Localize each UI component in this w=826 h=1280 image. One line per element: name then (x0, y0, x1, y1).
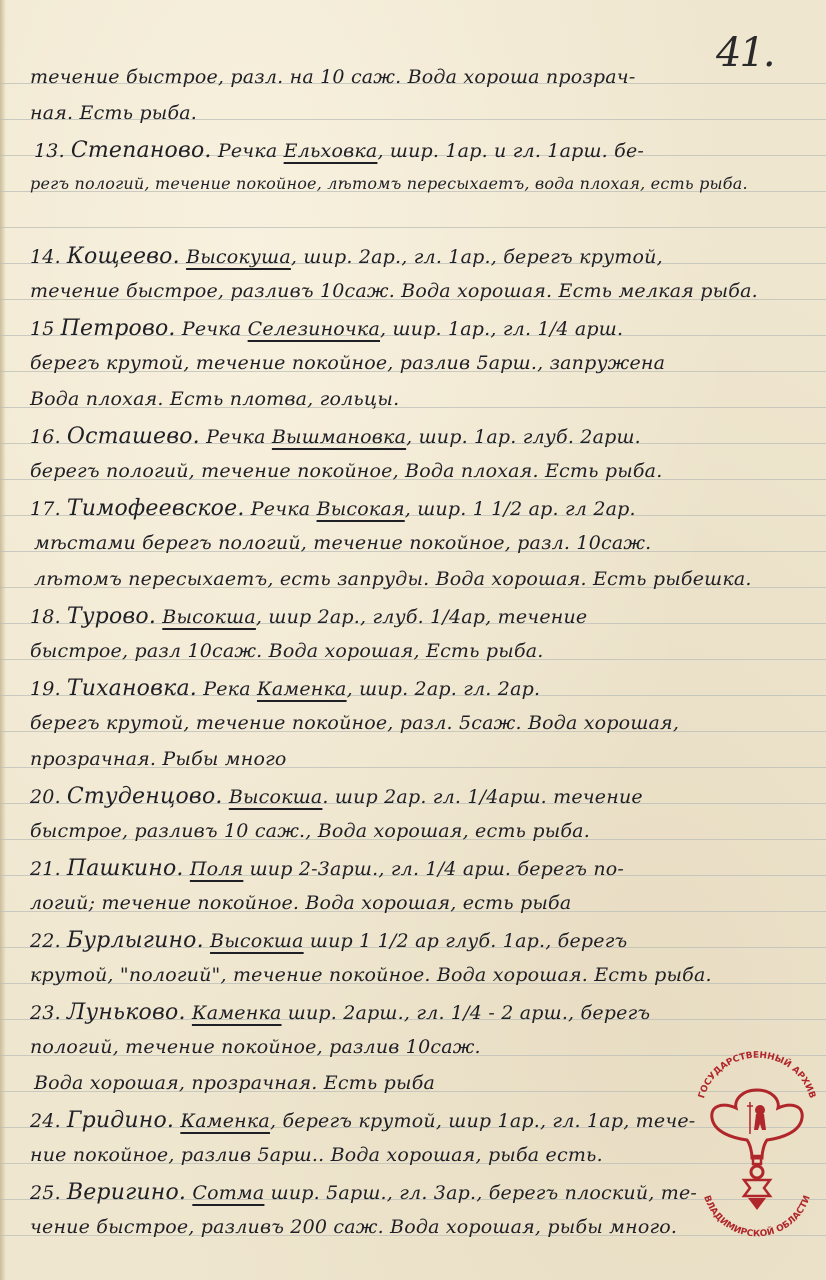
text-line: лѣтомъ пересыхаетъ, есть запруды. Вода х… (34, 568, 752, 590)
village-name: Степаново. (71, 138, 212, 163)
village-name: Студенцово. (67, 784, 223, 809)
stamp-top-text: ГОСУДАРСТВЕННЫЙ АРХИВ (697, 1051, 817, 1100)
river-name: Сотма (192, 1182, 264, 1204)
text-line: ная. Есть рыба. (30, 102, 197, 124)
archival-document-page: 41. течение быстрое, разл. на 10 саж. Во… (0, 0, 826, 1280)
entry-heading: 14.Кощеево. Высокуша, шир. 2ар., гл. 1ар… (30, 244, 663, 269)
river-name: Поля (190, 858, 244, 880)
entry-heading: 25.Веригино. Сотма шир. 5арш., гл. 3ар.,… (30, 1180, 697, 1205)
river-name: Каменка (257, 678, 347, 700)
entry-heading: 24.Гридино. Каменка, берегъ крутой, шир … (30, 1108, 695, 1133)
page-number: 41. (716, 30, 774, 76)
text-line: течение быстрое, разливъ 10саж. Вода хор… (30, 280, 758, 302)
text-line: Вода плохая. Есть плотва, гольцы. (30, 388, 399, 410)
text-line: мѣстами берегъ пологий, течение покойное… (34, 532, 651, 554)
village-name: Кощеево. (67, 244, 180, 269)
entry-heading: 19.Тихановка. Река Каменка, шир. 2ар. гл… (30, 676, 540, 701)
text-line: ние покойное, разлив 5арш.. Вода хорошая… (30, 1144, 603, 1166)
village-name: Гридино. (67, 1108, 174, 1133)
entry-heading: 20.Студенцово. Высокша. шир 2ар. гл. 1/4… (30, 784, 643, 809)
archive-emblem-icon: ГОСУДАРСТВЕННЫЙ АРХИВ ВЛАДИМИРСКОЙ ОБЛАС… (692, 1048, 822, 1238)
village-name: Осташево. (67, 424, 200, 449)
text-line: Вода хорошая, прозрачная. Есть рыба (34, 1072, 435, 1094)
village-name: Пашкино. (67, 856, 184, 881)
village-name: Веригино. (67, 1180, 186, 1205)
village-name: Бурлыгино. (67, 928, 204, 953)
text-line: берегъ крутой, течение покойное, разл. 5… (30, 712, 679, 734)
text-line: быстрое, разливъ 10 саж., Вода хорошая, … (30, 820, 590, 842)
text-line: берегъ крутой, течение покойное, разлив … (30, 352, 665, 374)
river-name: Каменка (192, 1002, 282, 1024)
village-name: Тихановка. (67, 676, 197, 701)
river-name: Селезиночка (248, 318, 380, 340)
archive-stamp: ГОСУДАРСТВЕННЫЙ АРХИВ ВЛАДИМИРСКОЙ ОБЛАС… (692, 1048, 822, 1238)
river-name: Ельховка (284, 140, 378, 162)
river-name: Высокуша (186, 246, 291, 268)
entry-heading: 22.Бурлыгино. Высокша шир 1 1/2 ар глуб.… (30, 928, 627, 953)
river-name: Высокша (162, 606, 256, 628)
river-name: Высокша (210, 930, 304, 952)
village-name: Турово. (67, 604, 156, 629)
page-edge-shadow (0, 0, 6, 1280)
text-line: быстрое, разл 10саж. Вода хорошая, Есть … (30, 640, 544, 662)
river-name: Высокая (317, 498, 405, 520)
village-name: Луньково. (67, 1000, 186, 1025)
river-name: Высокша (229, 786, 323, 808)
village-name: Петрово. (61, 316, 176, 341)
text-line: логий; течение покойное. Вода хорошая, е… (30, 892, 571, 914)
text-line: берегъ пологий, течение покойное, Вода п… (30, 460, 662, 482)
text-line: пологий, течение покойное, разлив 10саж. (30, 1036, 481, 1058)
entry-heading: 21.Пашкино. Поля шир 2-3арш., гл. 1/4 ар… (30, 856, 624, 881)
ruled-line (0, 227, 826, 228)
river-name: Каменка (180, 1110, 270, 1132)
svg-text:ГОСУДАРСТВЕННЫЙ АРХИВ: ГОСУДАРСТВЕННЫЙ АРХИВ (697, 1051, 817, 1100)
text-line: прозрачная. Рыбы много (30, 748, 287, 770)
entry-heading: 17.Тимофеевское. Речка Высокая, шир. 1 1… (30, 496, 636, 521)
entry-number: 13. (34, 140, 65, 162)
entry-heading: 18.Турово. Высокша, шир 2ар., глуб. 1/4а… (30, 604, 587, 629)
village-name: Тимофеевское. (67, 496, 245, 521)
entry-heading: 16.Осташево. Речка Вышмановка, шир. 1ар.… (30, 424, 641, 449)
entry-heading: 15Петрово. Речка Селезиночка, шир. 1ар.,… (30, 316, 623, 341)
text-line: течение быстрое, разл. на 10 саж. Вода х… (30, 66, 635, 88)
text-line: чение быстрое, разливъ 200 саж. Вода хор… (30, 1216, 677, 1238)
entry-heading: 13.Степаново. Речка Ельховка, шир. 1ар. … (34, 138, 644, 163)
entry-heading: 23.Луньково. Каменка шир. 2арш., гл. 1/4… (30, 1000, 650, 1025)
text-line: крутой, "пологий", течение покойное. Вод… (30, 964, 712, 986)
text-line: регъ пологий, течение покойное, лѣтомъ п… (30, 174, 748, 193)
river-name: Вышмановка (272, 426, 406, 448)
